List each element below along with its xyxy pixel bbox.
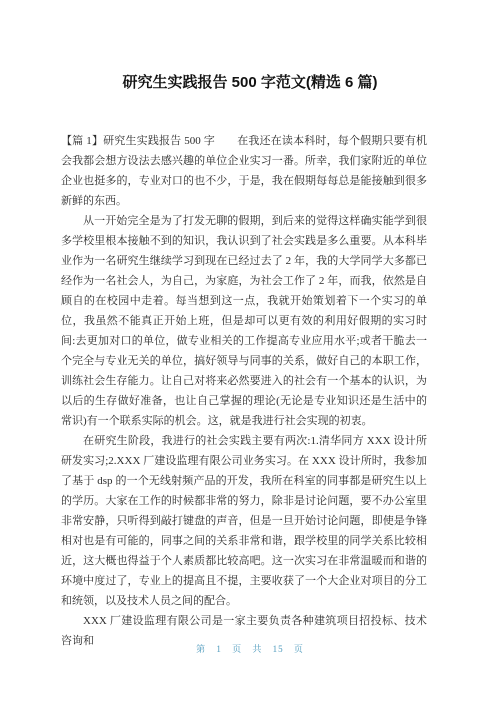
paragraph: 在研究生阶段，我进行的社会实践主要有两次:1.清华同方 XXX 设计所研发实习;… bbox=[61, 431, 427, 611]
page-number-label: 第 1 页 共 15 页 bbox=[196, 644, 304, 654]
document-page: 研究生实践报告 500 字范文(精选 6 篇) 【篇 1】研究生实践报告 500… bbox=[0, 0, 500, 707]
document-title: 研究生实践报告 500 字范文(精选 6 篇) bbox=[0, 72, 500, 94]
page-footer: 第 1 页 共 15 页 bbox=[0, 642, 500, 655]
document-body: 【篇 1】研究生实践报告 500 字 在我还在读本科时，每个假期只要有机会我都会… bbox=[61, 131, 427, 651]
paragraph: 【篇 1】研究生实践报告 500 字 在我还在读本科时，每个假期只要有机会我都会… bbox=[61, 131, 427, 211]
paragraph: 从一开始完全是为了打发无聊的假期，到后来的觉得这样确实能学到很多学校里根本接触不… bbox=[61, 211, 427, 431]
